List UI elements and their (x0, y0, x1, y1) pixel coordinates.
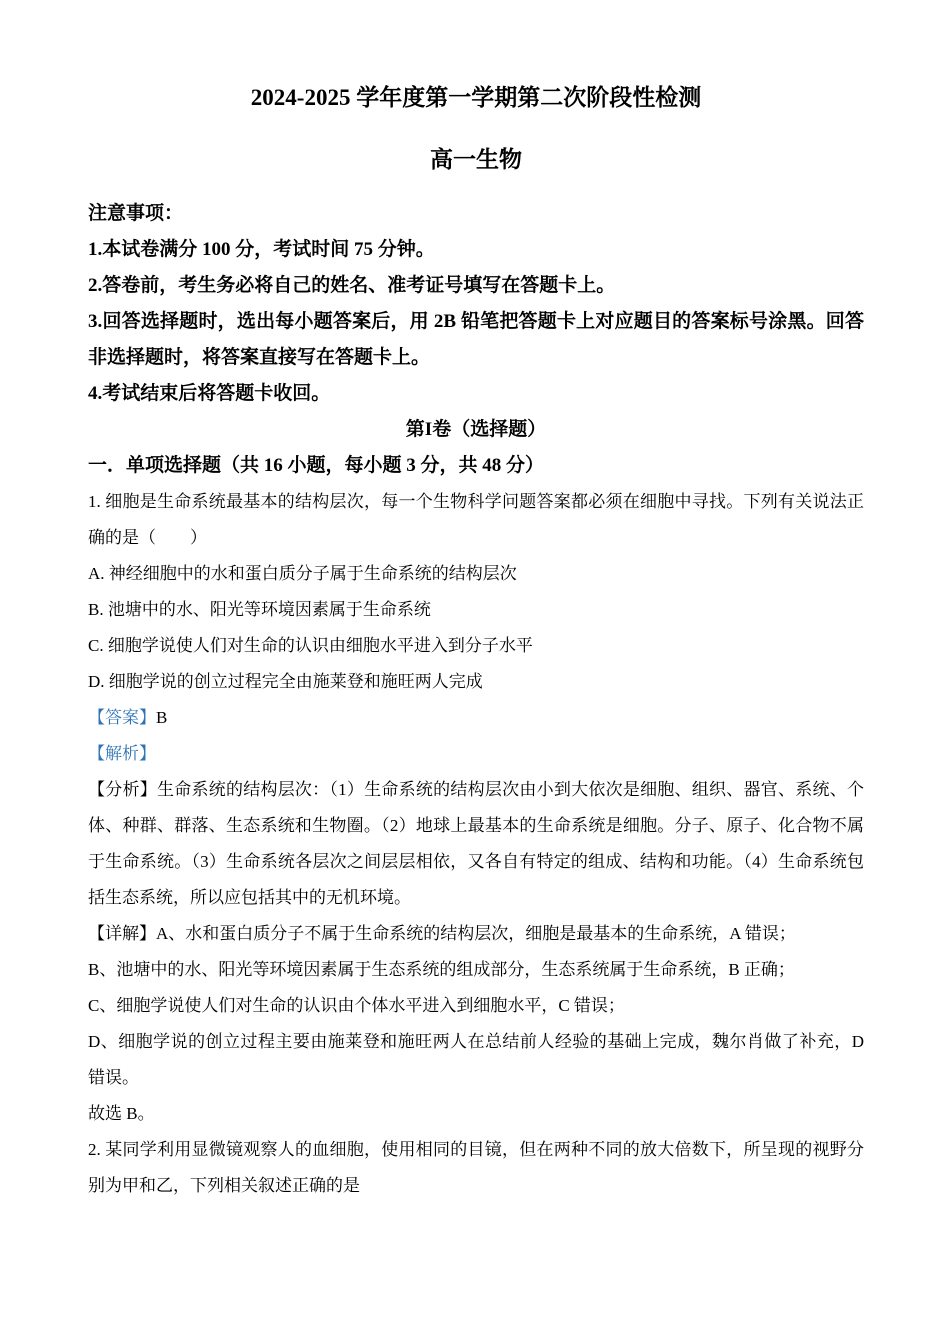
notice-item-4: 4.考试结束后将答题卡收回。 (88, 376, 864, 412)
question-1-option-d: D. 细胞学说的创立过程完全由施莱登和施旺两人完成 (88, 664, 864, 700)
answer-value: B (156, 708, 167, 727)
exam-title: 2024-2025 学年度第一学期第二次阶段性检测 (88, 80, 864, 116)
exam-document-page: 2024-2025 学年度第一学期第二次阶段性检测 高一生物 注意事项： 1.本… (0, 0, 950, 1344)
question-1-answer-line: 【答案】B (88, 700, 864, 736)
question-1-detail-d: D、细胞学说的创立过程主要由施莱登和施旺两人在总结前人经验的基础上完成，魏尔肖做… (88, 1024, 864, 1096)
question-1-explain-line: 【解析】 (88, 736, 864, 772)
question-1-conclusion: 故选 B。 (88, 1096, 864, 1132)
notice-item-2: 2.答卷前，考生务必将自己的姓名、准考证号填写在答题卡上。 (88, 268, 864, 304)
exam-subject-subtitle: 高一生物 (88, 142, 864, 178)
notice-item-3: 3.回答选择题时，选出每小题答案后，用 2B 铅笔把答题卡上对应题目的答案标号涂… (88, 304, 864, 376)
part-heading: 一．单项选择题（共 16 小题，每小题 3 分，共 48 分） (88, 448, 864, 484)
question-1-option-a: A. 神经细胞中的水和蛋白质分子属于生命系统的结构层次 (88, 556, 864, 592)
question-2-block: 2. 某同学利用显微镜观察人的血细胞，使用相同的目镜，但在两种不同的放大倍数下，… (88, 1132, 864, 1204)
question-1-detail-c: C、细胞学说使人们对生命的认识由个体水平进入到细胞水平，C 错误； (88, 988, 864, 1024)
explain-label: 【解析】 (88, 744, 156, 763)
question-1-option-b: B. 池塘中的水、阳光等环境因素属于生命系统 (88, 592, 864, 628)
question-2-stem: 2. 某同学利用显微镜观察人的血细胞，使用相同的目镜，但在两种不同的放大倍数下，… (88, 1132, 864, 1204)
question-1-detail-b: B、池塘中的水、阳光等环境因素属于生态系统的组成部分，生态系统属于生命系统，B … (88, 952, 864, 988)
question-1-stem: 1. 细胞是生命系统最基本的结构层次，每一个生物科学问题答案都必须在细胞中寻找。… (88, 484, 864, 556)
question-1-analysis: 【分析】生命系统的结构层次：（1）生命系统的结构层次由小到大依次是细胞、组织、器… (88, 772, 864, 916)
question-1-block: 1. 细胞是生命系统最基本的结构层次，每一个生物科学问题答案都必须在细胞中寻找。… (88, 484, 864, 1132)
notice-heading: 注意事项： (88, 196, 864, 232)
notice-section: 注意事项： 1.本试卷满分 100 分，考试时间 75 分钟。 2.答卷前，考生… (88, 196, 864, 412)
question-1-detail-a: 【详解】A、水和蛋白质分子不属于生命系统的结构层次，细胞是最基本的生命系统，A … (88, 916, 864, 952)
notice-item-1: 1.本试卷满分 100 分，考试时间 75 分钟。 (88, 232, 864, 268)
volume-heading: 第I卷（选择题） (88, 412, 864, 448)
answer-label: 【答案】 (88, 708, 156, 727)
question-1-option-c: C. 细胞学说使人们对生命的认识由细胞水平进入到分子水平 (88, 628, 864, 664)
